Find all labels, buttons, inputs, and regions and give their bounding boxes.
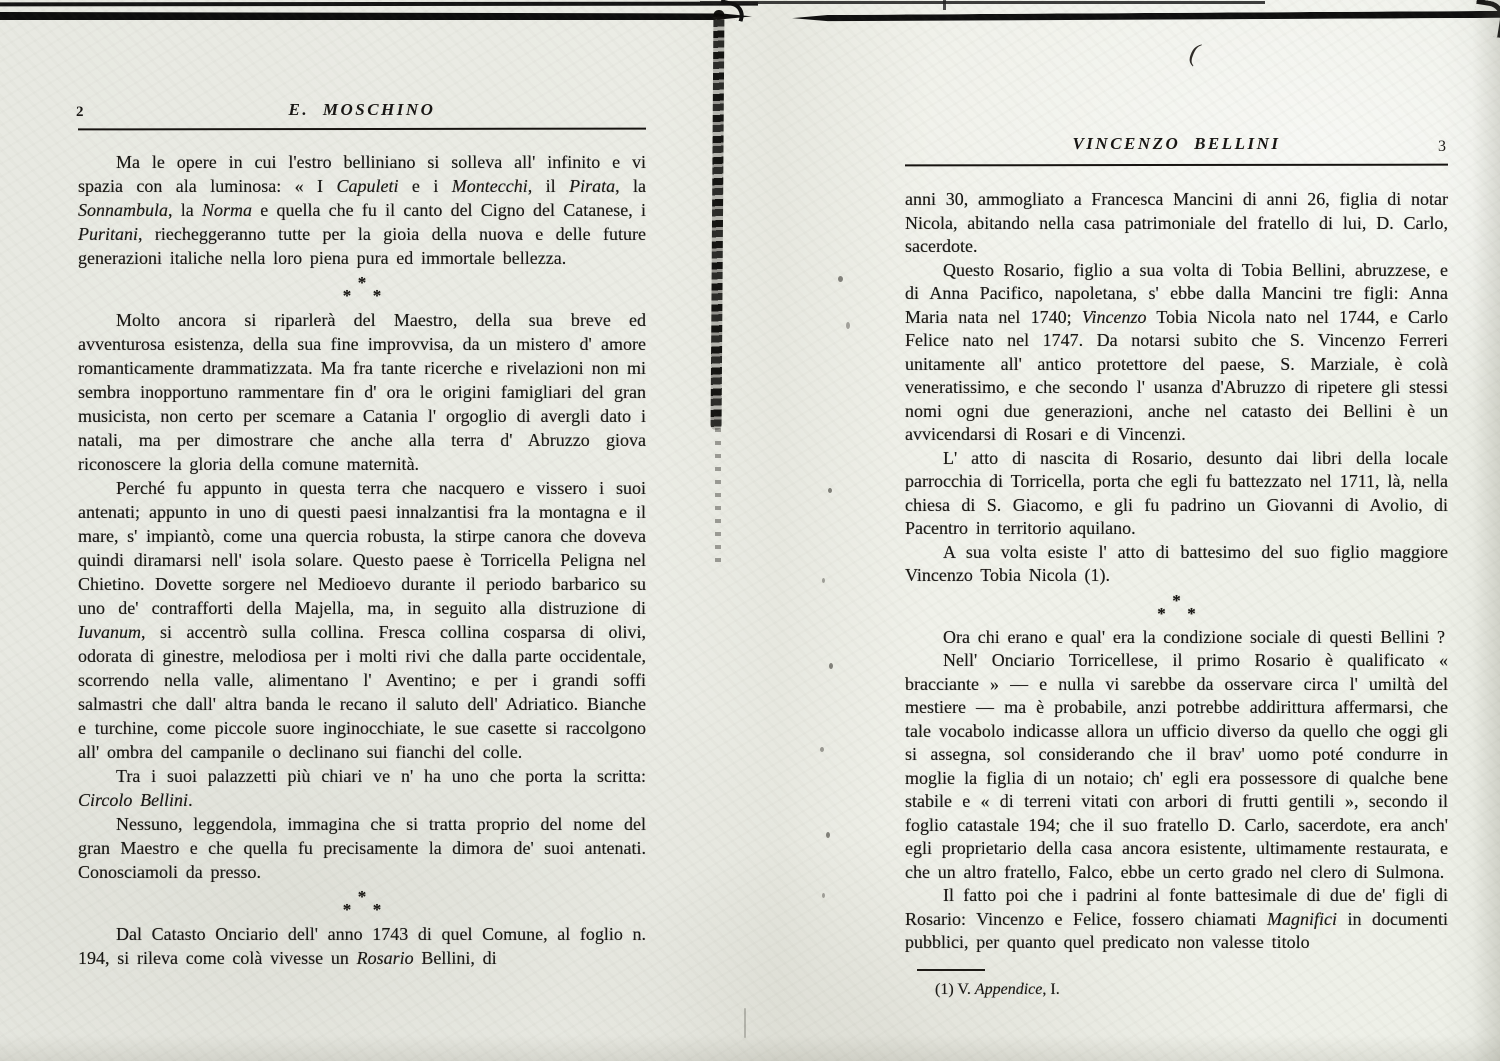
paragraph: Nell' Onciario Torricellese, il primo Ro… [905, 649, 1448, 884]
italic-text: Appendice [975, 981, 1043, 998]
scan-speck [820, 747, 824, 752]
italic-text: Pirata [569, 176, 615, 196]
asterism-divider: ** * [905, 588, 1448, 626]
plain-text: Perché fu appunto in questa terra che na… [78, 478, 646, 618]
scan-speck [828, 488, 832, 493]
scan-artifact-binding-streak-fade [715, 428, 721, 563]
italic-text: Circolo Bellini [78, 790, 188, 810]
left-running-header: E. MOSCHINO [78, 100, 646, 120]
scan-artifact-binding-curl [717, 0, 746, 22]
scan-bottom-shade [0, 1035, 1500, 1061]
italic-text: Norma [202, 200, 252, 220]
plain-text: anni 30, ammogliato a Francesca Mancini … [905, 189, 1448, 256]
italic-text: Puritani [78, 224, 138, 244]
scan-artifact-binding-streak [711, 10, 725, 430]
asterism-bottom: * * [78, 289, 646, 303]
plain-text: Tobia Nicola nato nel 1744, e Carlo Feli… [905, 307, 1448, 445]
plain-text: Tra i suoi palazzetti più chiari ve n' h… [116, 766, 646, 786]
plain-text: . [188, 790, 193, 810]
plain-text: Molto ancora si riparlerà del Maestro, d… [78, 310, 646, 474]
right-page-number: 3 [1438, 138, 1446, 156]
footnote: (1) V. Appendice, I. [905, 969, 1448, 1000]
plain-text: e quella che fu il canto del Cigno del C… [252, 200, 646, 220]
plain-text: Nessuno, leggendola, immagina che si tra… [78, 814, 646, 882]
paragraph: Molto ancora si riparlerà del Maestro, d… [78, 308, 646, 476]
plain-text: , si accentrò sulla collina. Fresca coll… [78, 622, 646, 762]
scanned-book-spread: { "scan": { "asterism": { "top": "*", "b… [0, 0, 1500, 1061]
plain-text: Ora chi erano e qual' era la condizione … [943, 627, 1445, 647]
italic-text: Capuleti [336, 176, 398, 196]
paragraph: Nessuno, leggendola, immagina che si tra… [78, 812, 646, 884]
italic-text: Iuvanum [78, 622, 141, 642]
asterism-divider: ** * [78, 884, 646, 922]
footnote-text: (1) V. Appendice, I. [905, 980, 1448, 1000]
italic-text: Magnifici [1267, 909, 1337, 929]
left-page-header: 2 E. MOSCHINO [78, 100, 646, 130]
scan-artifact-top-line-thin [700, 1, 1265, 4]
scan-speck [846, 322, 850, 329]
scan-speck [838, 276, 843, 282]
paragraph: Ma le opere in cui l'estro belliniano si… [78, 150, 646, 270]
scan-artifact-tick [943, 0, 946, 10]
italic-text: Rosario [357, 948, 414, 968]
asterism-bottom: * * [78, 903, 646, 917]
paragraph: Il fatto poi che i padrini al fonte batt… [905, 884, 1448, 955]
paragraph: anni 30, ammogliato a Francesca Mancini … [905, 188, 1448, 259]
scan-artifact-paren-mark: ( [1187, 37, 1202, 68]
scan-speck [829, 663, 833, 669]
italic-text: Vincenzo [1082, 307, 1147, 327]
italic-text: Sonnambula [78, 200, 168, 220]
scan-speck [744, 1008, 746, 1038]
paragraph: Ora chi erano e qual' era la condizione … [905, 626, 1448, 650]
plain-text: L' atto di nascita di Rosario, desunto d… [905, 448, 1448, 539]
right-running-header: VINCENZO BELLINI [905, 134, 1448, 154]
right-page-header: 3 VINCENZO BELLINI [905, 134, 1448, 166]
plain-text: , la [615, 176, 646, 196]
plain-text: , il [528, 176, 569, 196]
scan-edge-shade [1472, 0, 1500, 1061]
paragraph: A sua volta esiste l' atto di battesimo … [905, 541, 1448, 588]
scan-speck [826, 832, 830, 838]
scan-artifact-top-line-right [792, 11, 1500, 22]
right-header-rule [905, 164, 1448, 167]
paragraph: L' atto di nascita di Rosario, desunto d… [905, 447, 1448, 541]
left-header-rule [78, 128, 646, 131]
scan-speck [822, 578, 825, 583]
plain-text: , I. [1042, 981, 1059, 998]
scan-artifact-top-line [0, 2, 758, 7]
plain-text: , la [168, 200, 202, 220]
plain-text: e i [398, 176, 451, 196]
scan-artifact-corner-hook [1471, 0, 1500, 38]
plain-text: , riecheggeranno tutte per la gioia dell… [78, 224, 646, 268]
footnote-rule [917, 969, 985, 971]
left-page: 2 E. MOSCHINO Ma le opere in cui l'estro… [78, 100, 646, 970]
paragraph: Tra i suoi palazzetti più chiari ve n' h… [78, 764, 646, 812]
scan-speck [822, 893, 825, 898]
plain-text: Nell' Onciario Torricellese, il primo Ro… [905, 650, 1448, 882]
plain-text: (1) V. [935, 981, 975, 998]
paragraph: Dal Catasto Onciario dell' anno 1743 di … [78, 922, 646, 970]
plain-text: Bellini, di [414, 948, 497, 968]
paragraph: Questo Rosario, figlio a sua volta di To… [905, 259, 1448, 447]
asterism-bottom: * * [905, 607, 1448, 621]
scan-artifact-top-line-thick-left [0, 12, 752, 20]
asterism-divider: ** * [78, 270, 646, 308]
left-page-text: Ma le opere in cui l'estro belliniano si… [78, 150, 646, 970]
right-page-text: anni 30, ammogliato a Francesca Mancini … [905, 188, 1448, 955]
left-page-number: 2 [76, 104, 84, 121]
right-page: 3 VINCENZO BELLINI anni 30, ammogliato a… [905, 134, 1448, 1000]
italic-text: Montecchi [452, 176, 528, 196]
plain-text: A sua volta esiste l' atto di battesimo … [905, 542, 1448, 586]
paragraph: Perché fu appunto in questa terra che na… [78, 476, 646, 764]
